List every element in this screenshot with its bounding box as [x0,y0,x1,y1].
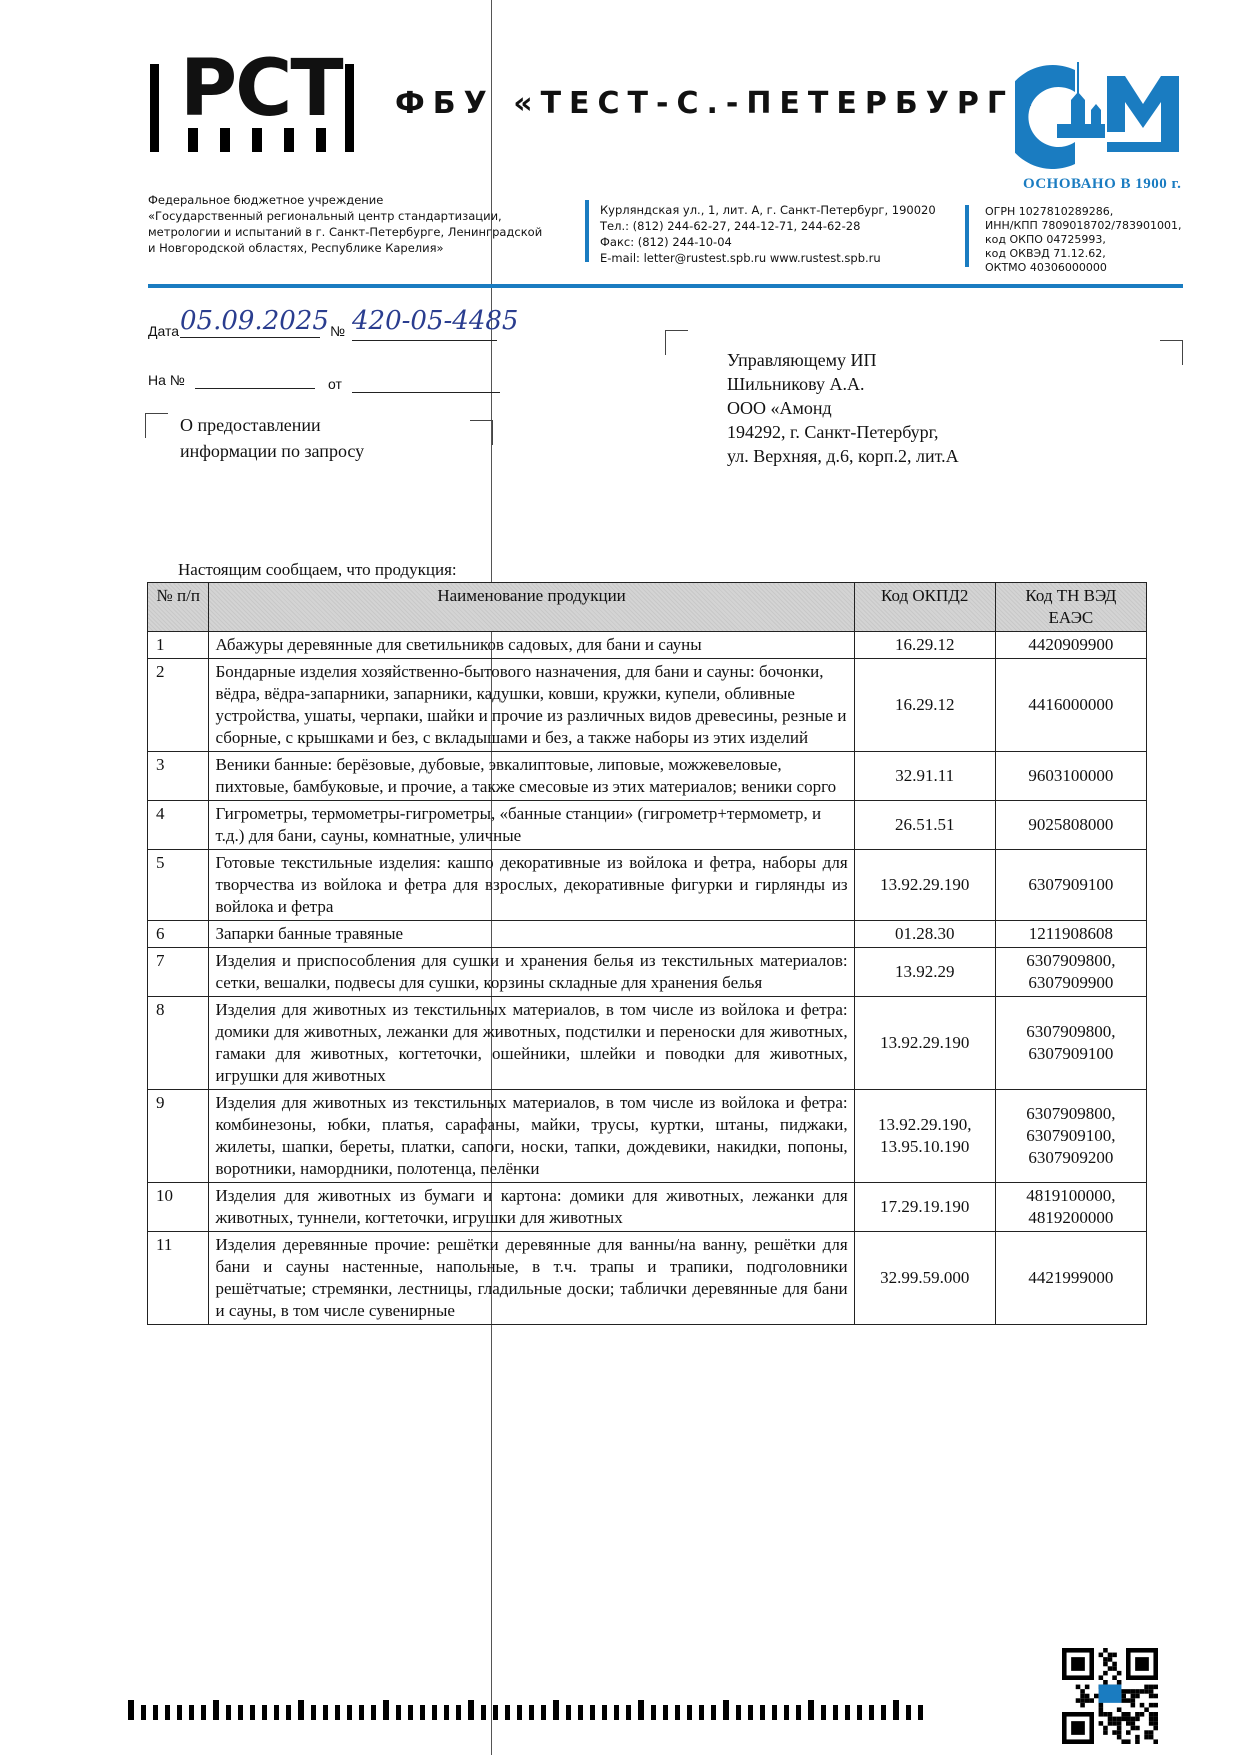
subject-bracket-left [145,413,168,438]
tnved-code: 6307909800, 6307909100 [995,997,1146,1090]
product-name: Изделия для животных из текстильных мате… [209,997,854,1090]
contact-block: Курляндская ул., 1, лит. А, г. Санкт-Пет… [600,202,960,266]
table-row: 10Изделия для животных из бумаги и карто… [148,1183,1147,1232]
intro-text: Настоящим сообщаем, что продукция: [178,560,457,580]
divider [965,205,969,267]
okpd-code: 13.92.29.190 [854,850,995,921]
header-okpd: Код ОКПД2 [854,583,995,632]
okpd-code: 32.91.11 [854,752,995,801]
header-name: Наименование продукции [209,583,854,632]
tnved-code: 9603100000 [995,752,1146,801]
table-row: 5Готовые текстильные изделия: кашпо деко… [148,850,1147,921]
row-number: 2 [148,659,209,752]
table-header-row: № п/п Наименование продукции Код ОКПД2 К… [148,583,1147,632]
date-label: Дата [148,323,179,339]
product-name: Изделия деревянные прочие: решётки дерев… [209,1232,854,1325]
row-number: 5 [148,850,209,921]
okpd-code: 32.99.59.000 [854,1232,995,1325]
email-website[interactable]: E-mail: letter@rustest.spb.ru www.rustes… [600,250,960,266]
product-name: Изделия для животных из текстильных мате… [209,1090,854,1183]
rst-logo: РСТ [150,58,360,153]
row-number: 3 [148,752,209,801]
table-row: 8Изделия для животных из текстильных мат… [148,997,1147,1090]
products-table: № п/п Наименование продукции Код ОКПД2 К… [147,582,1147,1325]
recipient-block: Управляющему ИП Шильникову А.А. ООО «Амо… [727,348,959,468]
number-label: № [330,323,345,339]
table-row: 3Веники банные: берёзовые, дубовые, эвка… [148,752,1147,801]
table-row: 2Бондарные изделия хозяйственно-бытового… [148,659,1147,752]
table-row: 6Запарки банные травяные01.28.3012119086… [148,921,1147,948]
product-name: Изделия и приспособления для сушки и хра… [209,948,854,997]
header-num: № п/п [148,583,209,632]
date-value: 05.09.2025 [180,306,329,336]
tnved-code: 9025808000 [995,801,1146,850]
product-name: Абажуры деревянные для светильников садо… [209,632,854,659]
subject: О предоставлении информации по запросу [180,412,364,464]
organization-name: ФБУ «ТЕСТ-С.-ПЕТЕРБУРГ» [395,86,1041,121]
tnved-code: 4421999000 [995,1232,1146,1325]
table-row: 11Изделия деревянные прочие: решётки дер… [148,1232,1147,1325]
number-value: 420-05-4485 [352,306,518,336]
organization-full-name: Федеральное бюджетное учреждение «Госуда… [148,192,568,256]
tnved-code: 6307909100 [995,850,1146,921]
row-number: 7 [148,948,209,997]
product-name: Бондарные изделия хозяйственно-бытового … [209,659,854,752]
header-rule [148,284,1183,288]
product-name: Гигрометры, термометры-гигрометры, «банн… [209,801,854,850]
tnved-code: 6307909800, 6307909100, 6307909200 [995,1090,1146,1183]
row-number: 8 [148,997,209,1090]
csm-logo-icon [1015,62,1185,172]
okpd-code: 26.51.51 [854,801,995,850]
table-row: 9Изделия для животных из текстильных мат… [148,1090,1147,1183]
okpd-code: 13.92.29.190, 13.95.10.190 [854,1090,995,1183]
subject-bracket-right [470,420,493,445]
product-name: Готовые текстильные изделия: кашпо декор… [209,850,854,921]
barcode-icon [128,1700,1048,1720]
product-name: Веники банные: берёзовые, дубовые, эвкал… [209,752,854,801]
tnved-code: 6307909800, 6307909900 [995,948,1146,997]
table-row: 1Абажуры деревянные для светильников сад… [148,632,1147,659]
founded-caption: ОСНОВАНО В 1900 г. [1023,176,1181,193]
row-number: 11 [148,1232,209,1325]
okpd-code: 01.28.30 [854,921,995,948]
row-number: 1 [148,632,209,659]
tnved-code: 4420909900 [995,632,1146,659]
recipient-bracket-right [1160,340,1183,365]
row-number: 4 [148,801,209,850]
ref-label: На № [148,372,185,388]
row-number: 6 [148,921,209,948]
okpd-code: 13.92.29 [854,948,995,997]
product-name: Изделия для животных из бумаги и картона… [209,1183,854,1232]
from-label: от [328,376,342,392]
header-tnved: Код ТН ВЭД ЕАЭС [995,583,1146,632]
okpd-code: 13.92.29.190 [854,997,995,1090]
tnved-code: 4819100000, 4819200000 [995,1183,1146,1232]
qr-code-icon [1062,1648,1158,1744]
row-number: 9 [148,1090,209,1183]
table-row: 7Изделия и приспособления для сушки и хр… [148,948,1147,997]
okpd-code: 16.29.12 [854,632,995,659]
okpd-code: 17.29.19.190 [854,1183,995,1232]
tnved-code: 4416000000 [995,659,1146,752]
table-row: 4Гигрометры, термометры-гигрометры, «бан… [148,801,1147,850]
tnved-code: 1211908608 [995,921,1146,948]
recipient-bracket-left [665,330,688,355]
row-number: 10 [148,1183,209,1232]
divider [585,200,589,262]
product-name: Запарки банные травяные [209,921,854,948]
requisites-block: ОГРН 1027810289286, ИНН/КПП 7809018702/7… [985,205,1205,275]
okpd-code: 16.29.12 [854,659,995,752]
